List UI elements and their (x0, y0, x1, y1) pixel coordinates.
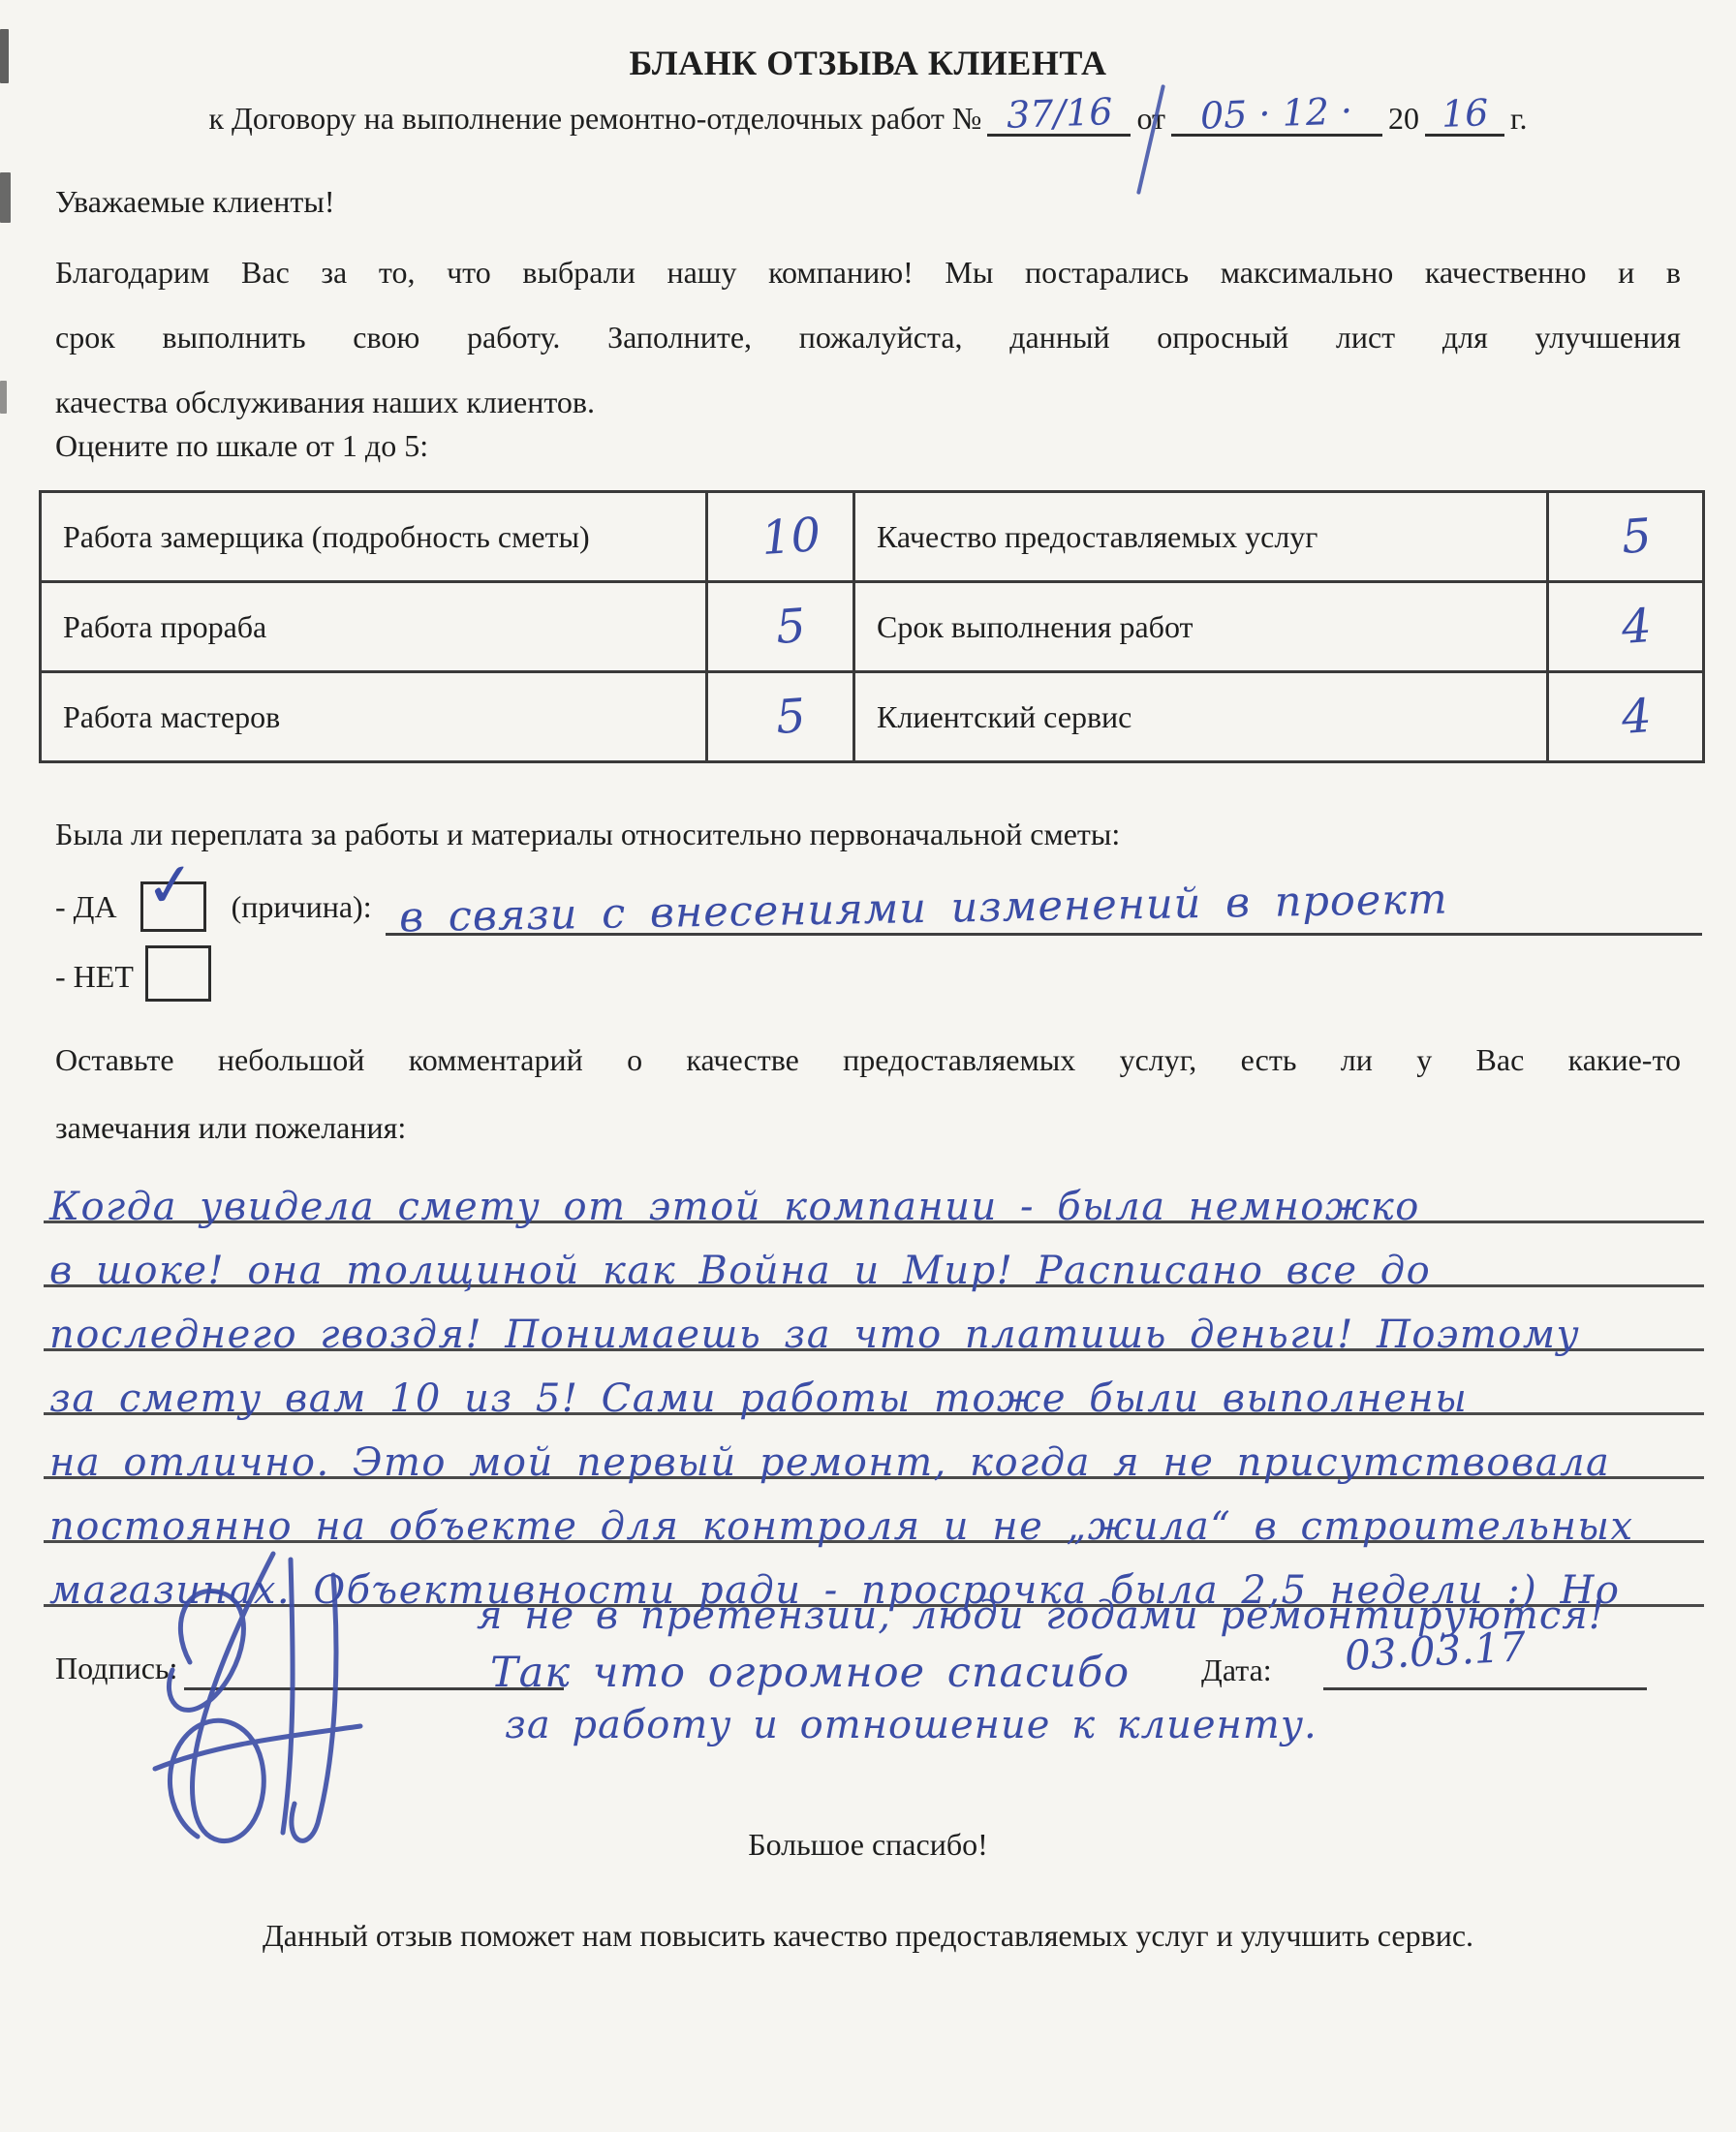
contract-number-field[interactable]: 37/16 (987, 96, 1131, 137)
checkmark-icon: ✓ (141, 852, 198, 917)
intro-paragraph: Благодарим Вас за то, что выбрали нашу к… (55, 240, 1681, 435)
contract-date-value: 05 · 12 · (1200, 93, 1353, 133)
rating-score-cell[interactable]: 10 (707, 492, 854, 582)
rating-label: Срок выполнения работ (854, 582, 1548, 672)
rating-score-cell[interactable]: 5 (1548, 492, 1704, 582)
footer-note: Данный отзыв поможет нам повысить качест… (0, 1918, 1736, 1954)
contract-year-suffix: г. (1510, 101, 1528, 137)
reason-value: в связи с внесениями изменений в проект (398, 876, 1447, 942)
comment-line[interactable]: последнего гвоздя! Понимаешь за что плат… (44, 1287, 1704, 1351)
intro-line: качества обслуживания наших клиентов. (55, 370, 1681, 435)
contract-year-prefix: 20 (1388, 101, 1419, 137)
comment-lines-area: Когда увидела смету от этой компании - б… (44, 1159, 1704, 1607)
comment-line[interactable]: за смету вам 10 из 5! Сами работы тоже б… (44, 1351, 1704, 1415)
rating-score-value: 4 (1620, 599, 1653, 655)
contract-line-prefix: к Договору на выполнение ремонтно-отдело… (208, 101, 981, 137)
table-row: Работа прораба 5 Срок выполнения работ 4 (41, 582, 1704, 672)
intro-line: срок выполнить свою работу. Заполните, п… (55, 305, 1681, 370)
table-row: Работа замерщика (подробность сметы) 10 … (41, 492, 1704, 582)
contract-number-value: 37/16 (1006, 94, 1113, 133)
reason-field[interactable]: в связи с внесениями изменений в проект (386, 875, 1702, 936)
rating-score-value: 10 (759, 508, 822, 566)
comment-prompt: Оставьте небольшой комментарий о качеств… (55, 1042, 1681, 1078)
comment-line[interactable]: постоянно на объекте для контроля и не „… (44, 1479, 1704, 1543)
date-label: Дата: (1201, 1653, 1272, 1688)
rating-score-cell[interactable]: 5 (707, 672, 854, 762)
form-title: БЛАНК ОТЗЫВА КЛИЕНТА (0, 43, 1736, 83)
contract-year-field[interactable]: 16 (1425, 96, 1504, 137)
rating-label: Качество предоставляемых услуг (854, 492, 1548, 582)
comment-overflow-text: за работу и отношение к клиенту. (505, 1703, 1317, 1747)
rating-score-value: 4 (1620, 689, 1653, 745)
contract-date-field[interactable]: 05 · 12 · (1171, 96, 1382, 137)
rating-label: Работа прораба (41, 582, 707, 672)
rating-score-cell[interactable]: 4 (1548, 672, 1704, 762)
scan-artifact (0, 381, 7, 414)
scale-prompt: Оцените по шкале от 1 до 5: (55, 428, 428, 464)
no-label: - НЕТ (55, 947, 134, 1005)
comment-line[interactable]: Когда увидела смету от этой компании - б… (44, 1159, 1704, 1223)
contract-line: к Договору на выполнение ремонтно-отдело… (0, 96, 1736, 137)
rating-label: Работа мастеров (41, 672, 707, 762)
overpayment-no-row: - НЕТ (55, 945, 211, 1005)
rating-score-value: 5 (774, 689, 807, 745)
rating-score-value: 5 (1620, 509, 1653, 565)
overpayment-question: Была ли переплата за работы и материалы … (55, 817, 1120, 852)
rating-score-cell[interactable]: 5 (707, 582, 854, 672)
date-value: 03.03.17 (1344, 1622, 1527, 1680)
yes-checkbox[interactable]: ✓ (140, 881, 206, 932)
comment-prompt: замечания или пожелания: (55, 1110, 406, 1146)
rating-score-cell[interactable]: 4 (1548, 582, 1704, 672)
table-row: Работа мастеров 5 Клиентский сервис 4 (41, 672, 1704, 762)
greeting: Уважаемые клиенты! (55, 184, 335, 220)
thanks-note: Большое спасибо! (0, 1827, 1736, 1863)
comment-line[interactable]: на отлично. Это мой первый ремонт, когда… (44, 1415, 1704, 1479)
intro-line: Благодарим Вас за то, что выбрали нашу к… (55, 240, 1681, 305)
no-checkbox[interactable] (145, 945, 211, 1002)
scanned-feedback-form: БЛАНК ОТЗЫВА КЛИЕНТА к Договору на выпол… (0, 0, 1736, 2132)
comment-overflow-text: Так что огромное спасибо (490, 1649, 1130, 1697)
rating-label: Работа замерщика (подробность сметы) (41, 492, 707, 582)
reason-label: (причина): (232, 878, 372, 936)
date-field[interactable] (1323, 1687, 1647, 1690)
comment-line[interactable]: в шоке! она толщиной как Война и Мир! Ра… (44, 1223, 1704, 1287)
ratings-table: Работа замерщика (подробность сметы) 10 … (39, 490, 1705, 763)
rating-label: Клиентский сервис (854, 672, 1548, 762)
yes-label: - ДА (55, 878, 117, 936)
signature-scribble (128, 1544, 467, 1854)
scan-artifact (0, 172, 11, 223)
overpayment-yes-row: - ДА ✓ (причина): в связи с внесениями и… (55, 875, 1702, 936)
contract-year-value: 16 (1441, 95, 1489, 132)
rating-score-value: 5 (774, 599, 807, 655)
